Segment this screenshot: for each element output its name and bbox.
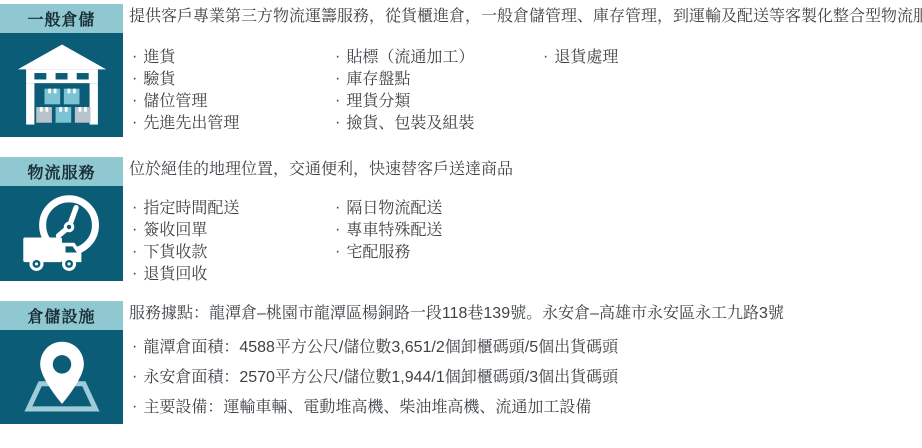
bullet-dot: ·: [132, 392, 137, 422]
service-item: ·儲位管理: [132, 91, 332, 113]
bullet-dot: ·: [335, 90, 340, 112]
service-item-text: 儲位管理: [143, 93, 207, 110]
bullet-dot: ·: [132, 219, 137, 241]
section-general-warehouse: 一般倉儲: [0, 4, 922, 137]
service-item: ·隔日物流配送: [335, 198, 442, 220]
bullet-dot: ·: [335, 197, 340, 219]
bullet-dot: ·: [335, 219, 340, 241]
section-label: 物流服務: [0, 157, 123, 186]
bullet-dot: ·: [132, 112, 137, 134]
bullet-dot: ·: [132, 197, 137, 219]
service-item: ·永安倉面積：2570平方公尺/儲位數1,944/1個卸櫃碼頭/3個出貨碼頭: [132, 363, 618, 393]
bullet-dot: ·: [335, 112, 340, 134]
service-item-text: 指定時間配送: [143, 200, 239, 217]
service-item: ·先進先出管理: [132, 113, 332, 135]
service-item-text: 進貨: [143, 49, 175, 66]
section-description: 提供客戶專業第三方物流運籌服務，從貨櫃進倉，一般倉儲管理、庫存管理，到運輸及配送…: [129, 4, 922, 27]
bullet-dot: ·: [132, 362, 137, 392]
service-column: ·隔日物流配送 ·專車特殊配送 ·宅配服務: [332, 198, 442, 286]
service-item: ·庫存盤點: [335, 69, 540, 91]
bullet-dot: ·: [132, 263, 137, 285]
service-item: ·進貨: [132, 47, 332, 69]
service-item: ·貼標（流通加工）: [335, 47, 540, 69]
service-item-text: 驗貨: [143, 71, 175, 88]
section-left-column: 物流服務: [0, 157, 123, 281]
section-left-column: 一般倉儲: [0, 4, 123, 137]
service-item: ·退貨回收: [132, 264, 332, 286]
service-item-text: 隔日物流配送: [346, 200, 442, 217]
warehouse-icon: [0, 33, 123, 137]
service-item-text: 先進先出管理: [143, 115, 239, 132]
bullet-dot: ·: [132, 241, 137, 263]
service-item: ·撿貨、包裝及組裝: [335, 113, 540, 135]
service-columns: ·進貨 ·驗貨 ·儲位管理 ·先進先出管理 ·貼標（流通加工） ·庫存盤點 ·理…: [129, 47, 922, 135]
service-item: ·宅配服務: [335, 242, 442, 264]
service-item-text: 退貨回收: [143, 266, 207, 283]
bullet-dot: ·: [335, 46, 340, 68]
service-item-text: 專車特殊配送: [346, 222, 442, 239]
service-column: ·指定時間配送 ·簽收回單 ·下貨收款 ·退貨回收: [129, 198, 332, 286]
section-label: 倉儲設施: [0, 301, 123, 330]
service-item-text: 下貨收款: [143, 244, 207, 261]
section-logistics-services: 物流服務: [0, 157, 922, 286]
warehouse-services-page: 一般倉儲: [0, 0, 922, 448]
service-item-text: 永安倉面積：2570平方公尺/儲位數1,944/1個卸櫃碼頭/3個出貨碼頭: [143, 369, 618, 386]
bullet-dot: ·: [335, 241, 340, 263]
bullet-dot: ·: [132, 68, 137, 90]
service-column: ·貼標（流通加工） ·庫存盤點 ·理貨分類 ·撿貨、包裝及組裝: [332, 47, 540, 135]
service-item-text: 簽收回單: [143, 222, 207, 239]
section-content: 位於絕佳的地理位置，交通便利，快速替客戶送達商品 ·指定時間配送 ·簽收回單 ·…: [123, 157, 922, 286]
section-content: 提供客戶專業第三方物流運籌服務，從貨櫃進倉，一般倉儲管理、庫存管理，到運輸及配送…: [123, 4, 922, 135]
bullet-dot: ·: [132, 46, 137, 68]
service-item-text: 退貨處理: [554, 49, 618, 66]
service-columns: ·龍潭倉面積：4588平方公尺/儲位數3,651/2個卸櫃碼頭/5個出貨碼頭 ·…: [129, 333, 922, 423]
service-item-text: 龍潭倉面積：4588平方公尺/儲位數3,651/2個卸櫃碼頭/5個出貨碼頭: [143, 339, 618, 356]
service-item: ·主要設備：運輸車輛、電動堆高機、柴油堆高機、流通加工設備: [132, 393, 618, 423]
section-left-column: 倉儲設施: [0, 301, 123, 424]
section-description: 服務據點：龍潭倉–桃園市龍潭區楊銅路一段118巷139號。永安倉–高雄市永安區永…: [129, 301, 922, 324]
service-item-text: 理貨分類: [346, 93, 410, 110]
bullet-dot: ·: [132, 332, 137, 362]
service-item-text: 撿貨、包裝及組裝: [346, 115, 474, 132]
service-column: ·進貨 ·驗貨 ·儲位管理 ·先進先出管理: [129, 47, 332, 135]
bullet-dot: ·: [543, 46, 548, 68]
section-warehouse-facilities: 倉儲設施 服務據點：龍潭倉–桃園市龍潭區楊銅路一段118巷139號。永安倉–高雄…: [0, 301, 922, 424]
service-item: ·退貨處理: [543, 47, 618, 69]
service-column: ·退貨處理: [540, 47, 618, 135]
bullet-dot: ·: [335, 68, 340, 90]
section-description: 位於絕佳的地理位置，交通便利，快速替客戶送達商品: [129, 157, 922, 180]
section-content: 服務據點：龍潭倉–桃園市龍潭區楊銅路一段118巷139號。永安倉–高雄市永安區永…: [123, 301, 922, 423]
service-column: ·龍潭倉面積：4588平方公尺/儲位數3,651/2個卸櫃碼頭/5個出貨碼頭 ·…: [129, 333, 618, 423]
service-item-text: 主要設備：運輸車輛、電動堆高機、柴油堆高機、流通加工設備: [143, 399, 591, 416]
service-item-text: 貼標（流通加工）: [346, 49, 474, 66]
service-item: ·專車特殊配送: [335, 220, 442, 242]
map-pin-icon: [0, 330, 123, 424]
service-item: ·理貨分類: [335, 91, 540, 113]
truck-clock-icon: [0, 186, 123, 281]
service-item: ·龍潭倉面積：4588平方公尺/儲位數3,651/2個卸櫃碼頭/5個出貨碼頭: [132, 333, 618, 363]
service-item-text: 宅配服務: [346, 244, 410, 261]
service-columns: ·指定時間配送 ·簽收回單 ·下貨收款 ·退貨回收 ·隔日物流配送 ·專車特殊配…: [129, 198, 922, 286]
section-label: 一般倉儲: [0, 4, 123, 33]
service-item: ·指定時間配送: [132, 198, 332, 220]
bullet-dot: ·: [132, 90, 137, 112]
service-item: ·簽收回單: [132, 220, 332, 242]
service-item-text: 庫存盤點: [346, 71, 410, 88]
service-item: ·驗貨: [132, 69, 332, 91]
service-item: ·下貨收款: [132, 242, 332, 264]
